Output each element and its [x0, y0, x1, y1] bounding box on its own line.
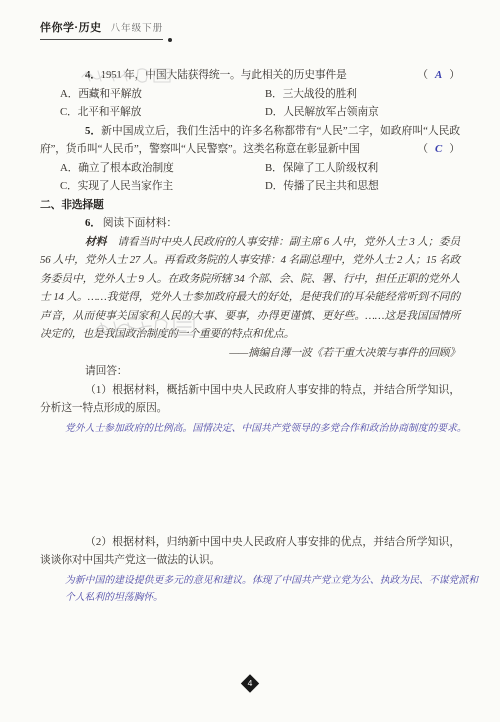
page-header: 伴你学·历史八年级下册 — [40, 18, 460, 40]
paren-close: ） — [449, 143, 460, 155]
question-stem-text: 新中国成立后，我们生活中的许多名称都带有“人民”二字，如政府叫“人民政府”，货币… — [40, 125, 460, 156]
question-4-answer-slot: （A） — [417, 66, 460, 85]
paren-open: （ — [417, 143, 428, 155]
option: D．人民解放军占领南京 — [265, 103, 460, 122]
answer-letter: C — [428, 143, 449, 155]
writing-space — [40, 437, 460, 533]
question-number: 6． — [85, 217, 101, 229]
option: A．西藏和平解放 — [60, 85, 265, 104]
paren-close: ） — [449, 69, 460, 81]
answer-prompt: 请回答： — [40, 362, 460, 381]
page-content: 4．1951 年，中国大陆获得统一。与此相关的历史事件是 （A） A．西藏和平解… — [40, 66, 460, 606]
subquestion-1: （1）根据材料，概括新中国中央人民政府人事安排的特点，并结合所学知识，分析这一特… — [40, 381, 460, 418]
subquestion-2: （2）根据材料，归纳新中国中央人民政府人事安排的优点，并结合所学知识，谈谈你对中… — [40, 533, 460, 570]
question-number: 5． — [85, 125, 101, 137]
page-number: 4 — [244, 677, 257, 690]
option: A．确立了根本政治制度 — [60, 159, 265, 178]
question-5-options: A．确立了根本政治制度 B．保障了工人阶级权利 C．实现了人民当家作主 D．传播… — [40, 159, 460, 196]
question-5: 5．新中国成立后，我们生活中的许多名称都带有“人民”二字，如政府叫“人民政府”，… — [40, 122, 460, 159]
question-4: 4．1951 年，中国大陆获得统一。与此相关的历史事件是 （A） — [40, 66, 460, 85]
subquestion-1-answer: 党外人士参加政府的比例高。国情决定、中国共产党领导的多党合作和政治协商制度的要求… — [65, 420, 478, 437]
header-rule: 伴你学·历史八年级下册 — [40, 18, 163, 40]
question-4-options: A．西藏和平解放 B．三大战役的胜利 C．北平和平解放 D．人民解放军占领南京 — [40, 85, 460, 122]
material-paragraph: 材料 请看当时中央人民政府的人事安排：副主席 6 人中，党外人士 3 人；委员 … — [40, 233, 460, 344]
subquestion-2-answer: 为新中国的建设提供更多元的意见和建议。体现了中国共产党立党为公、执政为民、不谋党… — [65, 572, 478, 606]
answer-letter: A — [428, 69, 449, 81]
workbook-page: 伴你学·历史八年级下册 4．1951 年，中国大陆获得统一。与此相关的历史事件是… — [0, 0, 500, 722]
material-label: 材料 — [85, 236, 106, 248]
question-stem-text: 1951 年，中国大陆获得统一。与此相关的历史事件是 — [101, 69, 347, 81]
option: B．三大战役的胜利 — [265, 85, 460, 104]
material-attribution: ——摘编自薄一波《若干重大决策与事件的回顾》 — [40, 344, 460, 363]
option: C．实现了人民当家作主 — [60, 177, 265, 196]
option: C．北平和平解放 — [60, 103, 265, 122]
page-number-badge: 4 — [241, 674, 259, 692]
question-6-intro: 6．阅读下面材料： — [40, 214, 460, 233]
volume-label: 八年级下册 — [111, 23, 164, 34]
question-number: 4． — [85, 69, 101, 81]
paren-open: （ — [417, 69, 428, 81]
material-text: 请看当时中央人民政府的人事安排：副主席 6 人中，党外人士 3 人；委员 56 … — [40, 236, 460, 341]
option: B．保障了工人阶级权利 — [265, 159, 460, 178]
question-4-stem: 4．1951 年，中国大陆获得统一。与此相关的历史事件是 — [40, 66, 347, 85]
question-5-answer-slot: （C） — [417, 140, 460, 159]
series-title: 伴你学·历史 — [40, 22, 102, 34]
section-title: 二、非选择题 — [40, 196, 460, 215]
option: D．传播了民主共和思想 — [265, 177, 460, 196]
intro-text: 阅读下面材料： — [103, 217, 177, 229]
